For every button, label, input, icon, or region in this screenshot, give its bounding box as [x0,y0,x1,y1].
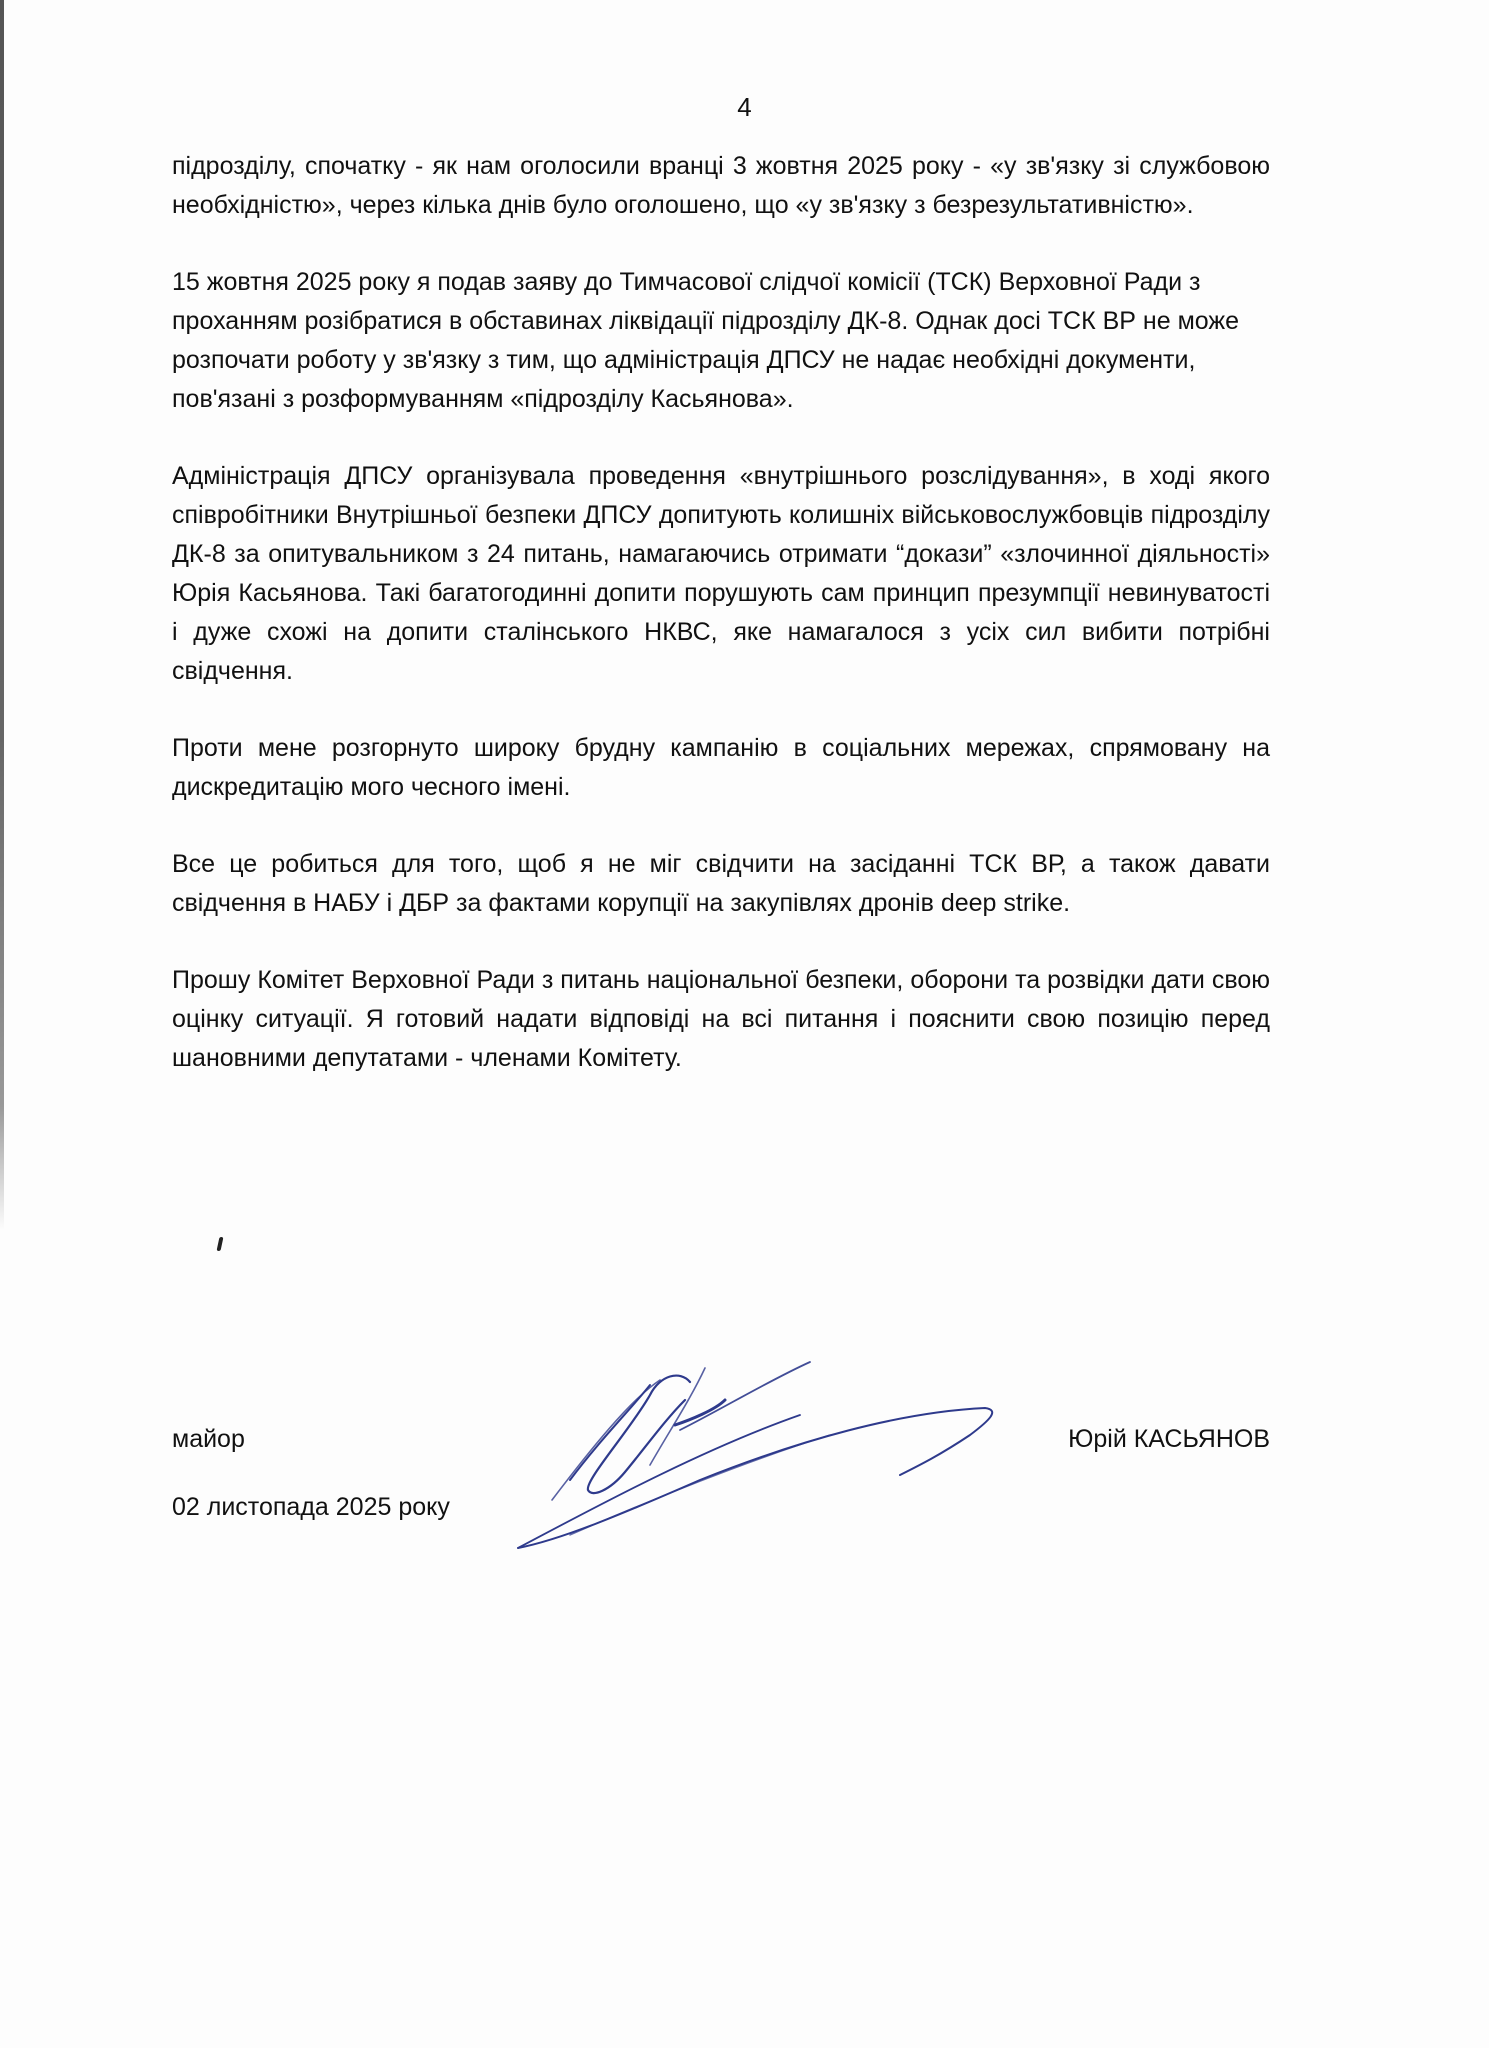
scan-edge-shadow [0,0,4,1230]
letter-body: підрозділу, спочатку - як нам оголосили … [172,147,1270,1116]
handwritten-signature-icon [500,1340,1060,1560]
signatory-rank: майор [172,1423,245,1455]
signature-date: 02 листопада 2025 року [172,1491,450,1523]
paragraph-tsk-application: 15 жовтня 2025 року я подав заяву до Тим… [172,263,1270,419]
paragraph-unit-disbanding: підрозділу, спочатку - як нам оголосили … [172,147,1270,225]
paragraph-committee-request: Прошу Комітет Верховної Ради з питань на… [172,961,1270,1078]
paragraph-smear-campaign: Проти мене розгорнуто широку брудну камп… [172,729,1270,807]
signatory-name: Юрій КАСЬЯНОВ [1068,1423,1270,1455]
page-number: 4 [0,92,1489,122]
stray-ink-mark [217,1237,224,1251]
document-page: 4 підрозділу, спочатку - як нам оголосил… [0,0,1489,2048]
paragraph-internal-investigation: Адміністрація ДПСУ організувала проведен… [172,457,1270,691]
paragraph-testimony-obstruction: Все це робиться для того, щоб я не міг с… [172,845,1270,923]
